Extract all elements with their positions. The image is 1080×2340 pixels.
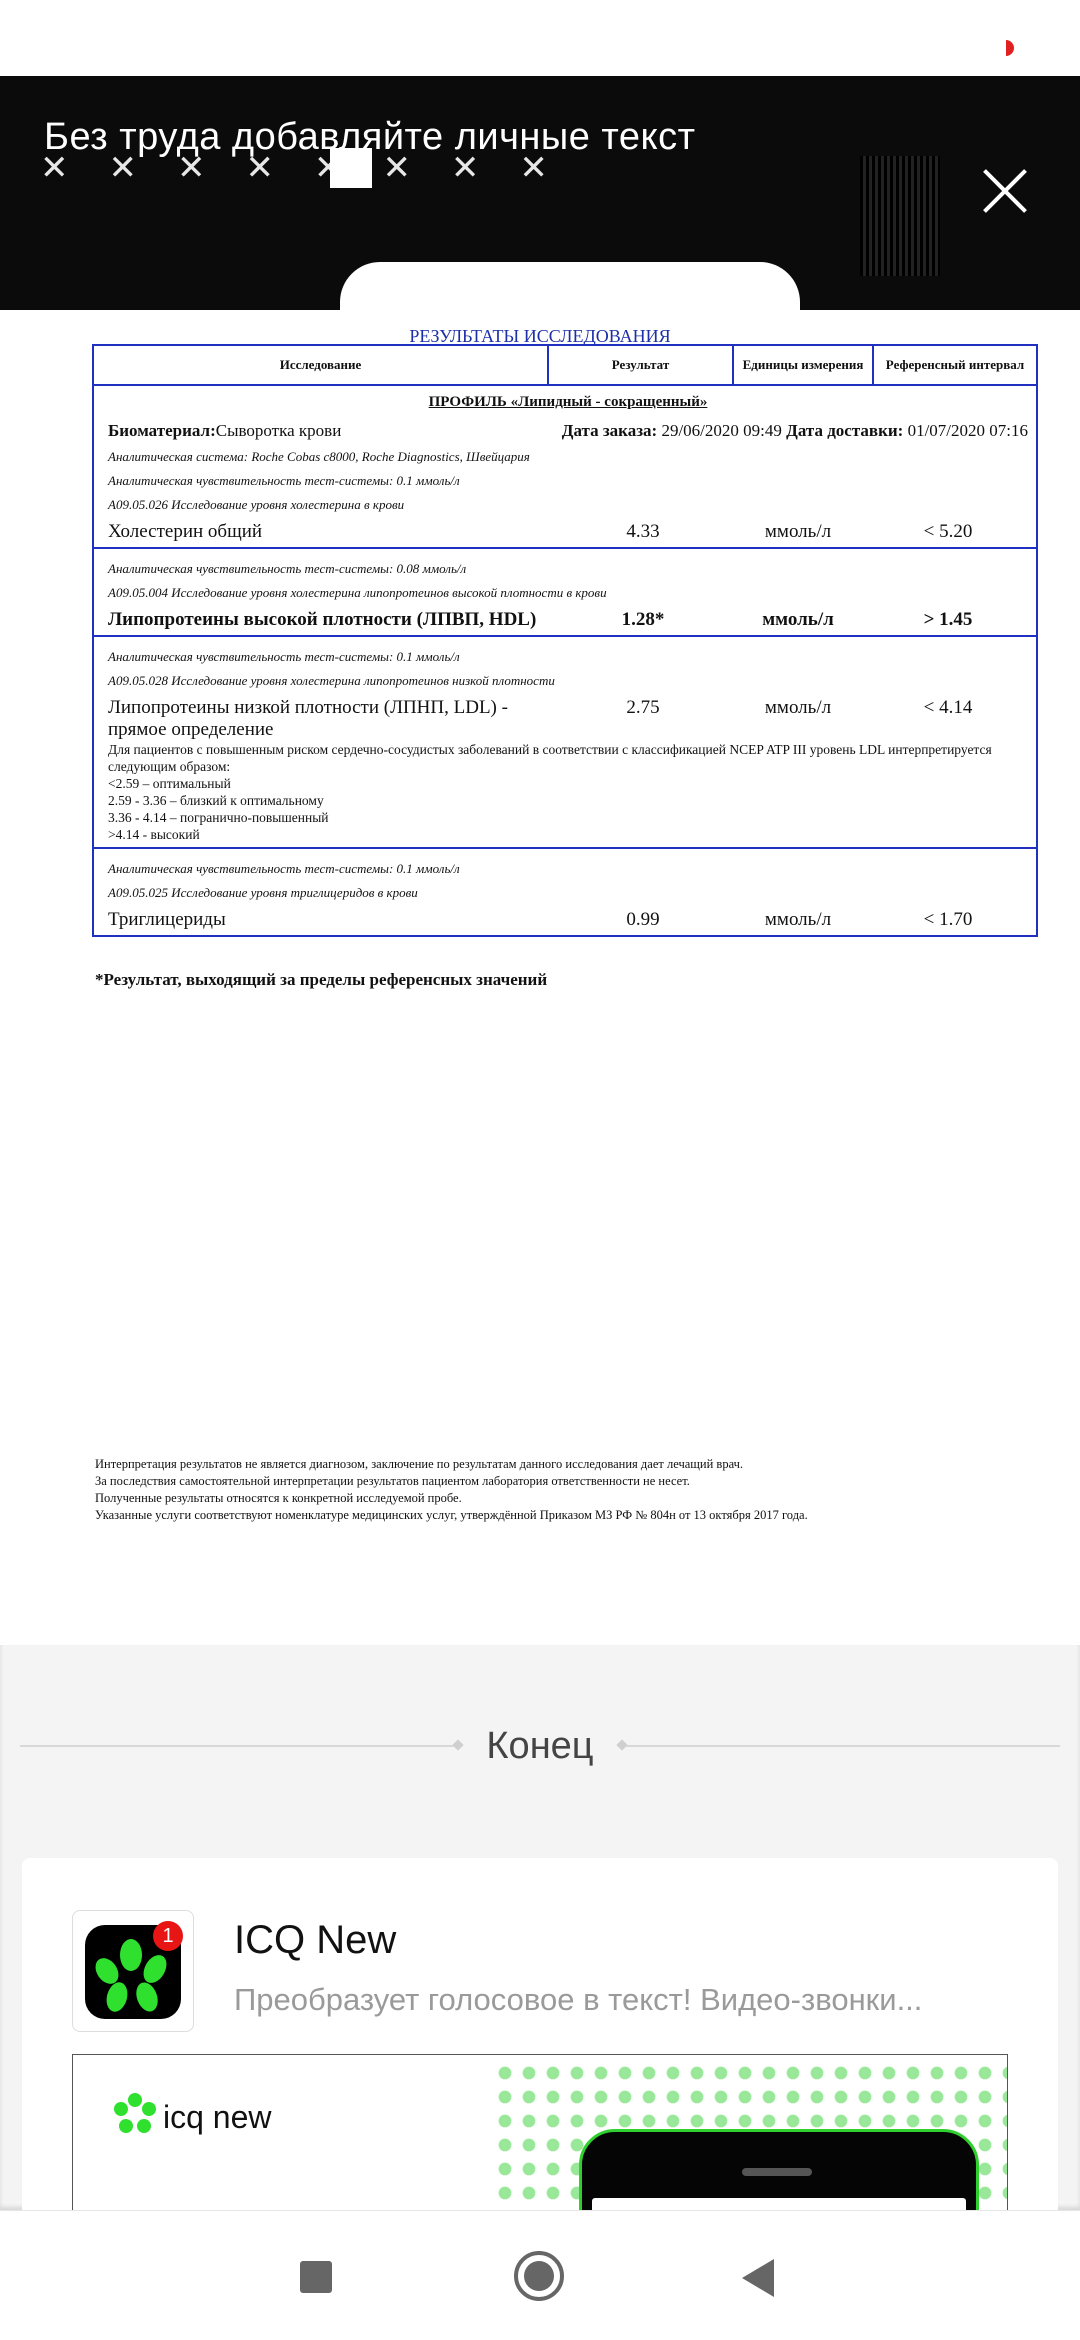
note-line: <2.59 – оптимальный xyxy=(108,775,1028,792)
overlay-banner: Без труда добавляйте личные текст ✕✕✕✕✕✕… xyxy=(0,76,1080,310)
triangle-back-icon[interactable] xyxy=(742,2259,774,2297)
delivery-date: 01/07/2020 07:16 xyxy=(908,421,1028,440)
table-row: Триглицериды 0.99 ммоль/л < 1.70 xyxy=(108,909,1028,931)
note-line: 3.36 - 4.14 – погранично-повышенный xyxy=(108,809,1028,826)
icq-app-icon[interactable]: 1 xyxy=(72,1910,194,2032)
order-date: 29/06/2020 09:49 xyxy=(661,421,781,440)
analytic-system: Аналитическая система: Roche Cobas c8000… xyxy=(108,449,1028,465)
order-meta: Биоматериал:Сыворотка крови Дата заказа:… xyxy=(108,421,1028,441)
test-unit: ммоль/л xyxy=(723,697,873,719)
test-code: A09.05.026 Исследование уровня холестери… xyxy=(108,497,1028,513)
disclaimer-line: Указанные услуги соответствуют номенклат… xyxy=(95,1507,808,1524)
disclaimer-line: Интерпретация результатов не является ди… xyxy=(95,1456,808,1473)
test-sensitivity: Аналитическая чувствительность тест-сист… xyxy=(108,473,1028,489)
table-header: Исследование Результат Единицы измерения… xyxy=(93,345,1037,385)
test-code: A09.05.004 Исследование уровня холестери… xyxy=(108,585,1028,601)
order-date-label: Дата заказа: xyxy=(562,421,657,440)
recording-indicator-icon xyxy=(1006,40,1014,56)
test-unit: ммоль/л xyxy=(723,609,873,631)
biomaterial-label: Биоматериал: xyxy=(108,421,216,440)
ad-title[interactable]: ICQ New xyxy=(234,1918,396,1963)
test-reference: > 1.45 xyxy=(873,609,1023,631)
ldl-section: Аналитическая чувствительность тест-сист… xyxy=(94,635,1036,847)
test-code: A09.05.028 Исследование уровня холестери… xyxy=(108,673,1028,689)
lab-report-document: РЕЗУЛЬТАТЫ ИССЛЕДОВАНИЯ Исследование Рез… xyxy=(0,310,1080,1645)
android-navigation-bar xyxy=(0,2210,1080,2340)
icq-logo-icon xyxy=(113,2091,157,2135)
test-result: 1.28* xyxy=(563,609,723,631)
table-row: Холестерин общий 4.33 ммоль/л < 5.20 xyxy=(108,521,1028,543)
test-result: 0.99 xyxy=(563,909,723,931)
biomaterial-value: Сыворотка крови xyxy=(216,421,342,440)
results-table: Исследование Результат Единицы измерения… xyxy=(92,344,1038,937)
test-name: Холестерин общий xyxy=(108,521,563,543)
test-sensitivity: Аналитическая чувствительность тест-сист… xyxy=(108,649,1028,665)
circle-icon[interactable] xyxy=(514,2251,564,2301)
test-name: Липопротеины высокой плотности (ЛПВП, HD… xyxy=(108,609,563,631)
disclaimer-line: За последствия самостоятельной интерпрет… xyxy=(95,1473,808,1490)
ad-description: Преобразует голосовое в текст! Видео-зво… xyxy=(234,1982,922,2018)
status-bar xyxy=(0,0,1080,76)
barcode-image xyxy=(860,156,940,276)
divider-right xyxy=(626,1745,1060,1747)
note-line: >4.14 - высокий xyxy=(108,826,1028,843)
test-name: Триглицериды xyxy=(108,909,563,931)
test-reference: < 5.20 xyxy=(873,521,1023,543)
profile-section: ПРОФИЛЬ «Липидный - сокращенный» Биомате… xyxy=(94,386,1036,547)
test-unit: ммоль/л xyxy=(723,909,873,931)
test-result: 2.75 xyxy=(563,697,723,719)
test-sensitivity: Аналитическая чувствительность тест-сист… xyxy=(108,861,1028,877)
disclaimer-line: Полученные результаты относятся к конкре… xyxy=(95,1490,808,1507)
table-row: Липопротеины высокой плотности (ЛПВП, HD… xyxy=(108,609,1028,631)
test-result: 4.33 xyxy=(563,521,723,543)
test-reference: < 4.14 xyxy=(873,697,1023,719)
hdl-section: Аналитическая чувствительность тест-сист… xyxy=(94,547,1036,635)
square-icon[interactable] xyxy=(300,2261,332,2293)
disclaimer: Интерпретация результатов не является ди… xyxy=(95,1456,808,1524)
ad-card[interactable]: 1 ICQ New Преобразует голосовое в текст!… xyxy=(22,1858,1058,2258)
note-line: Для пациентов с повышенным риском сердеч… xyxy=(108,741,1028,775)
col-reference: Референсный интервал xyxy=(873,345,1037,385)
col-test: Исследование xyxy=(93,345,548,385)
test-name: Липопротеины низкой плотности (ЛПНП, LDL… xyxy=(108,697,563,741)
notification-badge: 1 xyxy=(153,1921,183,1951)
out-of-range-footnote: *Результат, выходящий за пределы референ… xyxy=(95,970,547,990)
profile-title: ПРОФИЛЬ «Липидный - сокращенный» xyxy=(108,394,1028,411)
ldl-interpretation-note: Для пациентов с повышенным риском сердеч… xyxy=(108,741,1028,843)
col-units: Единицы измерения xyxy=(733,345,873,385)
test-reference: < 1.70 xyxy=(873,909,1023,931)
test-unit: ммоль/л xyxy=(723,521,873,543)
table-row: Липопротеины низкой плотности (ЛПНП, LDL… xyxy=(108,697,1028,741)
test-code: A09.05.025 Исследование уровня триглицер… xyxy=(108,885,1028,901)
banner-glitch-block xyxy=(330,148,372,188)
close-icon[interactable] xyxy=(980,166,1030,216)
triglycerides-section: Аналитическая чувствительность тест-сист… xyxy=(94,847,1036,935)
phone-speaker xyxy=(742,2168,812,2176)
banner-glitch-artifact: ✕✕✕✕✕✕✕✕ xyxy=(40,148,740,188)
note-line: 2.59 - 3.36 – близкий к оптимальному xyxy=(108,792,1028,809)
delivery-date-label: Дата доставки: xyxy=(786,421,903,440)
test-sensitivity: Аналитическая чувствительность тест-сист… xyxy=(108,561,1028,577)
col-result: Результат xyxy=(548,345,733,385)
document-ghost xyxy=(340,262,800,310)
icq-logo-text: icq new xyxy=(163,2099,272,2136)
